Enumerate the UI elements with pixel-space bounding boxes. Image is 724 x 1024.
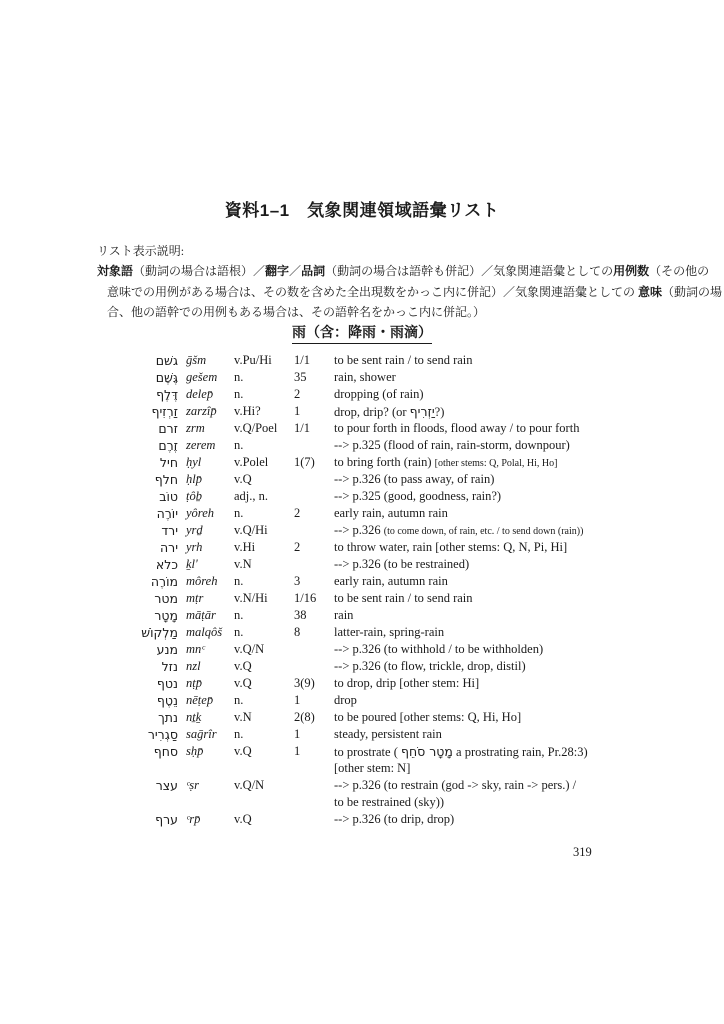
usage-count: 35 — [294, 369, 307, 386]
hebrew-word: כלא — [0, 556, 178, 573]
transliteration: gešem — [186, 369, 217, 386]
part-of-speech: v.Q — [234, 658, 252, 675]
meaning: --> p.326 (to flow, trickle, drop, disti… — [334, 658, 526, 675]
table-row: זַרְזִיףzarzîp̄v.Hi?1drop, drip? (or יַז… — [0, 403, 724, 420]
meaning-text: (to come down, of rain, etc. / to send d… — [384, 526, 584, 537]
transliteration: ḥlp̄ — [186, 471, 202, 488]
part-of-speech: v.N — [234, 556, 252, 573]
transliteration: malqôš — [186, 624, 222, 641]
legend-lines: 対象語（動詞の場合は語根）／翻字／品詞（動詞の場合は語幹も併記）／気象関連語彙と… — [97, 261, 645, 322]
transliteration: ṭôḇ — [186, 488, 202, 505]
meaning-text: to throw water, rain [other stems: Q, N,… — [334, 540, 567, 554]
hebrew-word: גשׁם — [0, 352, 178, 369]
meaning-text: --> p.326 (to withhold / to be withholde… — [334, 642, 543, 656]
meaning-text: --> p.325 (good, goodness, rain?) — [334, 489, 501, 503]
part-of-speech: v.Q — [234, 675, 252, 692]
usage-count: 1(7) — [294, 454, 315, 471]
hebrew-inline: יַזְרִיף — [410, 404, 435, 419]
meaning: to be sent rain / to send rain — [334, 352, 473, 369]
table-row: סַגְרִירsaḡrîrn.1steady, persistent rain — [0, 726, 724, 743]
transliteration: yrh — [186, 539, 202, 556]
transliteration: zrm — [186, 420, 205, 437]
hebrew-word: גֶּשֶׁם — [0, 369, 178, 386]
meaning: early rain, autumn rain — [334, 505, 448, 522]
table-row: ירהyrhv.Hi2to throw water, rain [other s… — [0, 539, 724, 556]
usage-count: 1 — [294, 726, 300, 743]
part-of-speech: n. — [234, 369, 243, 386]
meaning: to be restrained (sky)) — [334, 794, 444, 811]
table-row: נֵטֶףnēṭep̄n.1drop — [0, 692, 724, 709]
part-of-speech: n. — [234, 607, 243, 624]
legend-text: ／ — [289, 264, 301, 278]
meaning: early rain, autumn rain — [334, 573, 448, 590]
legend-label: リスト表示説明: — [97, 241, 645, 261]
usage-count: 1 — [294, 692, 300, 709]
transliteration: saḡrîr — [186, 726, 217, 743]
document-page: 資料1–1 気象関連領域語彙リスト リスト表示説明: 対象語（動詞の場合は語根）… — [0, 0, 724, 1024]
table-row: ירדyrḏv.Q/Hi--> p.326 (to come down, of … — [0, 522, 724, 539]
usage-count: 1 — [294, 403, 300, 420]
part-of-speech: v.Q/Hi — [234, 522, 268, 539]
usage-count: 3 — [294, 573, 300, 590]
usage-count: 1/1 — [294, 420, 310, 437]
section-heading-wrap: 雨（含：降雨・雨滴） — [0, 322, 724, 344]
meaning-text: early rain, autumn rain — [334, 506, 448, 520]
transliteration: nṯḵ — [186, 709, 201, 726]
legend-line: 意味での用例がある場合は、その数を含めた全出現数をかっこ内に併記）／気象関連語彙… — [97, 282, 645, 302]
meaning-text: to be sent rain / to send rain — [334, 353, 473, 367]
usage-count: 2(8) — [294, 709, 315, 726]
legend-line: 合、他の語幹での用例もある場合は、その語幹名をかっこ内に併記。） — [97, 302, 645, 322]
meaning-text: --> p.326 (to be restrained) — [334, 557, 469, 571]
usage-count: 3(9) — [294, 675, 315, 692]
meaning: to pour forth in floods, flood away / to… — [334, 420, 579, 437]
hebrew-word: חיל — [0, 454, 178, 471]
page-number: 319 — [573, 845, 592, 860]
legend-text: 合、他の語幹での用例もある場合は、その語幹名をかっこ内に併記。） — [107, 305, 485, 319]
transliteration: nzl — [186, 658, 201, 675]
table-row: זרםzrmv.Q/Poel1/1to pour forth in floods… — [0, 420, 724, 437]
hebrew-word: ירד — [0, 522, 178, 539]
table-row: חלףḥlp̄v.Q--> p.326 (to pass away, of ra… — [0, 471, 724, 488]
transliteration: yôreh — [186, 505, 214, 522]
hebrew-word: זֶרֶם — [0, 437, 178, 454]
part-of-speech: v.Polel — [234, 454, 268, 471]
table-row: נתךnṯḵv.N2(8)to be poured [other stems: … — [0, 709, 724, 726]
part-of-speech: v.Q — [234, 743, 252, 760]
meaning: --> p.325 (good, goodness, rain?) — [334, 488, 501, 505]
transliteration: nēṭep̄ — [186, 692, 213, 709]
meaning-text: to prostrate ( — [334, 745, 401, 759]
hebrew-word: מָטָר — [0, 607, 178, 624]
transliteration: ḵl' — [186, 556, 198, 573]
part-of-speech: v.N/Hi — [234, 590, 268, 607]
vocab-table: גשׁםḡšmv.Pu/Hi1/1to be sent rain / to se… — [0, 352, 724, 828]
transliteration: sḥp̄ — [186, 743, 203, 760]
usage-count: 1/16 — [294, 590, 316, 607]
table-row: מטרmṭrv.N/Hi1/16to be sent rain / to sen… — [0, 590, 724, 607]
usage-count: 2 — [294, 505, 300, 522]
meaning-text: rain — [334, 608, 353, 622]
hebrew-word: יוֹרֶה — [0, 505, 178, 522]
legend-term: 対象語 — [97, 264, 133, 278]
meaning-text: to pour forth in floods, flood away / to… — [334, 421, 579, 435]
meaning-text: drop — [334, 693, 357, 707]
hebrew-word: ירה — [0, 539, 178, 556]
meaning-text: latter-rain, spring-rain — [334, 625, 444, 639]
meaning-text: to be sent rain / to send rain — [334, 591, 473, 605]
legend-text: （動詞の場 — [662, 285, 722, 299]
usage-count: 8 — [294, 624, 300, 641]
table-row: יוֹרֶהyôrehn.2early rain, autumn rain — [0, 505, 724, 522]
meaning: to be sent rain / to send rain — [334, 590, 473, 607]
legend-text: （動詞の場合は語幹も併記）／気象関連語彙としての — [325, 264, 613, 278]
meaning-text: --> p.326 (to flow, trickle, drop, disti… — [334, 659, 526, 673]
section-heading: 雨（含：降雨・雨滴） — [292, 322, 432, 344]
meaning-text: steady, persistent rain — [334, 727, 442, 741]
usage-count: 2 — [294, 539, 300, 556]
part-of-speech: v.Q/N — [234, 777, 264, 794]
meaning: --> p.326 (to come down, of rain, etc. /… — [334, 522, 583, 540]
legend-text: （動詞の場合は語根）／ — [133, 264, 265, 278]
table-row: חילḥylv.Polel1(7)to bring forth (rain) [… — [0, 454, 724, 471]
hebrew-word: מוֹרֶה — [0, 573, 178, 590]
hebrew-word: ערף — [0, 811, 178, 828]
transliteration: ḥyl — [186, 454, 201, 471]
meaning: to be poured [other stems: Q, Hi, Ho] — [334, 709, 521, 726]
usage-count: 38 — [294, 607, 307, 624]
table-row: גֶּשֶׁםgešemn.35rain, shower — [0, 369, 724, 386]
meaning-text: --> p.326 (to drip, drop) — [334, 812, 454, 826]
meaning: to bring forth (rain) [other stems: Q, P… — [334, 454, 557, 472]
meaning: [other stem: N] — [334, 760, 410, 777]
table-row: נזלnzlv.Q--> p.326 (to flow, trickle, dr… — [0, 658, 724, 675]
part-of-speech: n. — [234, 437, 243, 454]
table-row: כלאḵl'v.N--> p.326 (to be restrained) — [0, 556, 724, 573]
table-row: מוֹרֶהmôrehn.3early rain, autumn rain — [0, 573, 724, 590]
meaning-text: --> p.325 (flood of rain, rain-storm, do… — [334, 438, 570, 452]
legend-text: 意味での用例がある場合は、その数を含めた全出現数をかっこ内に併記）／気象関連語彙… — [107, 285, 638, 299]
meaning: steady, persistent rain — [334, 726, 442, 743]
table-row: גשׁםḡšmv.Pu/Hi1/1to be sent rain / to se… — [0, 352, 724, 369]
meaning-text: a prostrating rain, Pr.28:3) — [453, 745, 588, 759]
transliteration: môreh — [186, 573, 217, 590]
meaning-text: to be poured [other stems: Q, Hi, Ho] — [334, 710, 521, 724]
meaning: --> p.326 (to restrain (god -> sky, rain… — [334, 777, 576, 794]
legend-line: 対象語（動詞の場合は語根）／翻字／品詞（動詞の場合は語幹も併記）／気象関連語彙と… — [97, 261, 645, 281]
legend-term: 用例数 — [613, 264, 649, 278]
hebrew-word: נֵטֶף — [0, 692, 178, 709]
usage-count: 2 — [294, 386, 300, 403]
transliteration: mṭr — [186, 590, 203, 607]
transliteration: nṭp̄ — [186, 675, 202, 692]
hebrew-word: נתך — [0, 709, 178, 726]
table-row-continuation: to be restrained (sky)) — [0, 794, 724, 811]
meaning-text: --> p.326 (to restrain (god -> sky, rain… — [334, 778, 576, 792]
hebrew-word: נטף — [0, 675, 178, 692]
usage-count: 1/1 — [294, 352, 310, 369]
hebrew-word: מטר — [0, 590, 178, 607]
hebrew-word: זַרְזִיף — [0, 403, 178, 420]
meaning: --> p.326 (to withhold / to be withholde… — [334, 641, 543, 658]
legend-term: 品詞 — [301, 264, 325, 278]
meaning: latter-rain, spring-rain — [334, 624, 444, 641]
transliteration: yrḏ — [186, 522, 203, 539]
page-title: 資料1–1 気象関連領域語彙リスト — [0, 196, 724, 221]
legend-term: 意味 — [638, 285, 662, 299]
meaning: drop — [334, 692, 357, 709]
hebrew-word: מנע — [0, 641, 178, 658]
part-of-speech: v.Q/N — [234, 641, 264, 658]
part-of-speech: v.N — [234, 709, 252, 726]
meaning-text: ?) — [435, 405, 445, 419]
meaning-text: to bring forth (rain) — [334, 455, 435, 469]
transliteration: zarzîp̄ — [186, 403, 217, 420]
meaning-text: early rain, autumn rain — [334, 574, 448, 588]
meaning-text: to drop, drip [other stem: Hi] — [334, 676, 479, 690]
meaning-text: --> p.326 (to pass away, of rain) — [334, 472, 494, 486]
meaning: --> p.326 (to be restrained) — [334, 556, 469, 573]
part-of-speech: v.Q — [234, 811, 252, 828]
part-of-speech: v.Q — [234, 471, 252, 488]
hebrew-word: סַגְרִיר — [0, 726, 178, 743]
hebrew-inline: מָטָר סֹחֵף — [401, 744, 453, 759]
part-of-speech: n. — [234, 692, 243, 709]
meaning: rain, shower — [334, 369, 396, 386]
part-of-speech: v.Hi? — [234, 403, 261, 420]
legend: リスト表示説明: 対象語（動詞の場合は語根）／翻字／品詞（動詞の場合は語幹も併記… — [97, 241, 645, 322]
transliteration: ᶜrp̄ — [186, 811, 200, 828]
part-of-speech: adj., n. — [234, 488, 268, 505]
transliteration: māṭār — [186, 607, 216, 624]
hebrew-word: סחף — [0, 743, 178, 760]
hebrew-word: נזל — [0, 658, 178, 675]
table-row: נטףnṭp̄v.Q3(9)to drop, drip [other stem:… — [0, 675, 724, 692]
part-of-speech: n. — [234, 505, 243, 522]
part-of-speech: v.Pu/Hi — [234, 352, 272, 369]
hebrew-word: זרם — [0, 420, 178, 437]
table-row: עצרᶜṣrv.Q/N--> p.326 (to restrain (god -… — [0, 777, 724, 794]
part-of-speech: n. — [234, 726, 243, 743]
meaning-text: dropping (of rain) — [334, 387, 424, 401]
hebrew-word: עצר — [0, 777, 178, 794]
meaning-text: [other stem: N] — [334, 761, 410, 775]
table-row: ערףᶜrp̄v.Q--> p.326 (to drip, drop) — [0, 811, 724, 828]
transliteration: ḡšm — [186, 352, 206, 369]
meaning-text: [other stems: Q, Polal, Hi, Ho] — [435, 458, 558, 469]
meaning-text: rain, shower — [334, 370, 396, 384]
legend-text: （その他の — [649, 264, 709, 278]
part-of-speech: v.Q/Poel — [234, 420, 277, 437]
meaning: drop, drip? (or יַזְרִיף?) — [334, 403, 444, 421]
transliteration: ᶜṣr — [186, 777, 199, 794]
meaning: --> p.326 (to drip, drop) — [334, 811, 454, 828]
part-of-speech: n. — [234, 573, 243, 590]
table-row-continuation: [other stem: N] — [0, 760, 724, 777]
meaning: to prostrate ( מָטָר סֹחֵף a prostrating… — [334, 743, 588, 761]
meaning-text: drop, drip? (or — [334, 405, 410, 419]
meaning: --> p.325 (flood of rain, rain-storm, do… — [334, 437, 570, 454]
meaning-text: to be restrained (sky)) — [334, 795, 444, 809]
transliteration: zerem — [186, 437, 215, 454]
hebrew-word: דֶּלֶף — [0, 386, 178, 403]
table-row: סחףsḥp̄v.Q1to prostrate ( מָטָר סֹחֵף a … — [0, 743, 724, 760]
hebrew-word: חלף — [0, 471, 178, 488]
hebrew-word: מַלְקוֹשׁ — [0, 624, 178, 641]
part-of-speech: n. — [234, 386, 243, 403]
table-row: מנעmnᶜv.Q/N--> p.326 (to withhold / to b… — [0, 641, 724, 658]
usage-count: 1 — [294, 743, 300, 760]
part-of-speech: n. — [234, 624, 243, 641]
legend-term: 翻字 — [265, 264, 289, 278]
table-row: מָטָרmāṭārn.38rain — [0, 607, 724, 624]
table-row: זֶרֶםzeremn.--> p.325 (flood of rain, ra… — [0, 437, 724, 454]
transliteration: delep̄ — [186, 386, 213, 403]
table-row: טוֹבṭôḇadj., n.--> p.325 (good, goodness… — [0, 488, 724, 505]
meaning: rain — [334, 607, 353, 624]
meaning: to throw water, rain [other stems: Q, N,… — [334, 539, 567, 556]
meaning: --> p.326 (to pass away, of rain) — [334, 471, 494, 488]
table-row: מַלְקוֹשׁmalqôšn.8latter-rain, spring-ra… — [0, 624, 724, 641]
meaning: dropping (of rain) — [334, 386, 424, 403]
meaning-text: --> p.326 — [334, 523, 384, 537]
meaning: to drop, drip [other stem: Hi] — [334, 675, 479, 692]
hebrew-word: טוֹב — [0, 488, 178, 505]
part-of-speech: v.Hi — [234, 539, 255, 556]
table-row: דֶּלֶףdelep̄n.2dropping (of rain) — [0, 386, 724, 403]
transliteration: mnᶜ — [186, 641, 205, 658]
